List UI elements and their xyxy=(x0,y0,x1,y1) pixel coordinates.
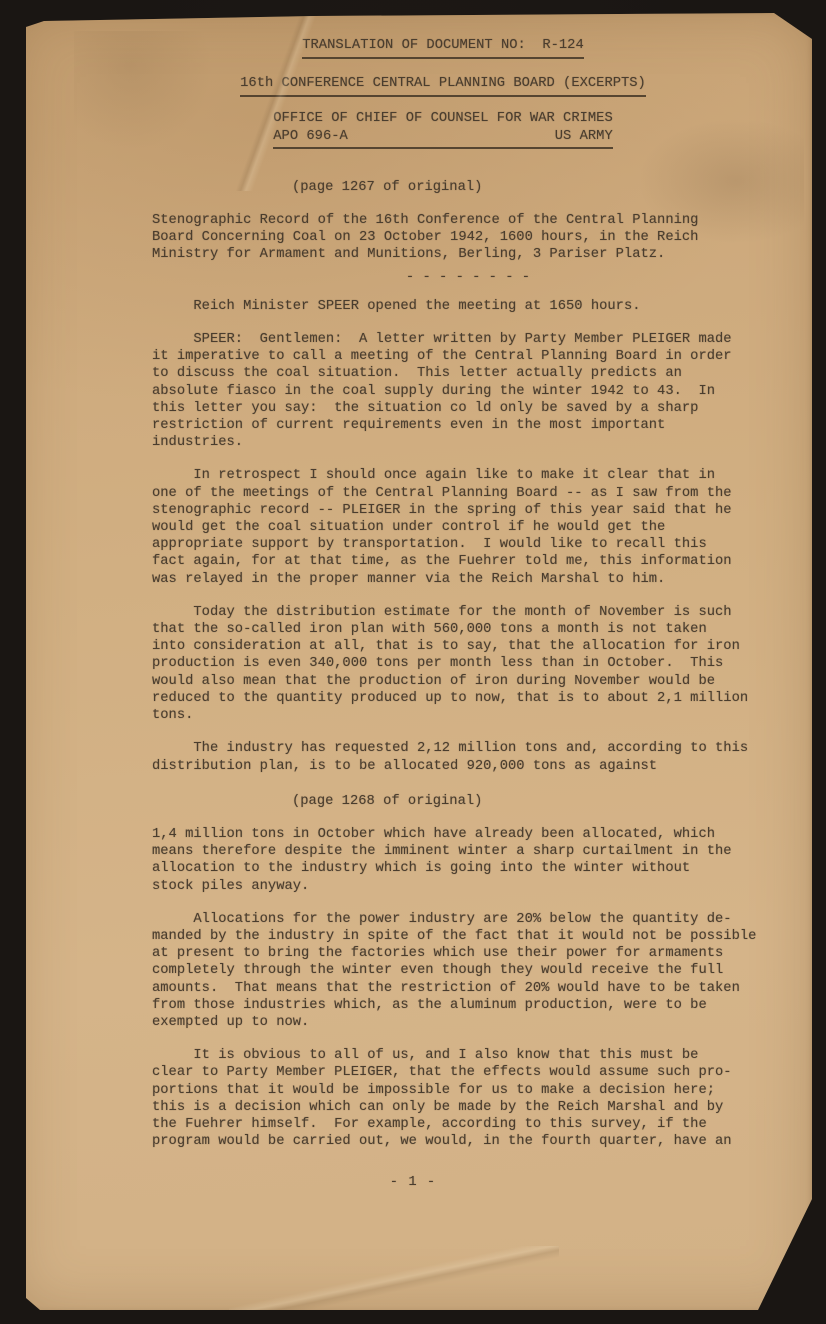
page-number: - 1 - xyxy=(390,1174,436,1191)
paragraph-speer-letter: SPEER: Gentlemen: A letter written by Pa… xyxy=(152,331,784,451)
document-subtitle: 16th CONFERENCE CENTRAL PLANNING BOARD (… xyxy=(240,75,646,97)
document-header: TRANSLATION OF DOCUMENT NO: R-124 16th C… xyxy=(14,37,812,149)
paragraph-retrospect: In retrospect I should once again like t… xyxy=(152,467,784,587)
office-block: OFFICE OF CHIEF OF COUNSEL FOR WAR CRIME… xyxy=(273,110,612,148)
paragraph-stenographic-record: Stenographic Record of the 16th Conferen… xyxy=(152,212,784,264)
document-page: TRANSLATION OF DOCUMENT NO: R-124 16th C… xyxy=(14,11,812,1312)
apo-row: APO 696-A US ARMY xyxy=(273,128,612,145)
paragraph-meeting-opened: Reich Minister SPEER opened the meeting … xyxy=(152,298,784,315)
paragraph-obvious-decision: It is obvious to all of us, and I also k… xyxy=(152,1047,784,1150)
apo-number: APO 696-A xyxy=(273,128,348,145)
paragraph-power-industry: Allocations for the power industry are 2… xyxy=(152,911,784,1031)
paragraph-industry-request: The industry has requested 2,12 million … xyxy=(152,740,784,774)
separator-dashes: - - - - - - - - xyxy=(152,269,784,286)
office-line: OFFICE OF CHIEF OF COUNSEL FOR WAR CRIME… xyxy=(273,110,612,127)
paragraph-november-estimate: Today the distribution estimate for the … xyxy=(152,604,784,724)
document-title: TRANSLATION OF DOCUMENT NO: R-124 xyxy=(302,37,584,59)
page-note-1268: (page 1268 of original) xyxy=(152,793,784,810)
crease-mark-bottom-left xyxy=(229,1246,559,1316)
paragraph-october-allocation: 1,4 million tons in October which have a… xyxy=(152,826,784,895)
document-body: (page 1267 of original) Stenographic Rec… xyxy=(14,179,812,1151)
page-note-1267: (page 1267 of original) xyxy=(152,179,784,196)
document-footer: - 1 - xyxy=(14,1174,812,1191)
army-label: US ARMY xyxy=(555,128,613,145)
